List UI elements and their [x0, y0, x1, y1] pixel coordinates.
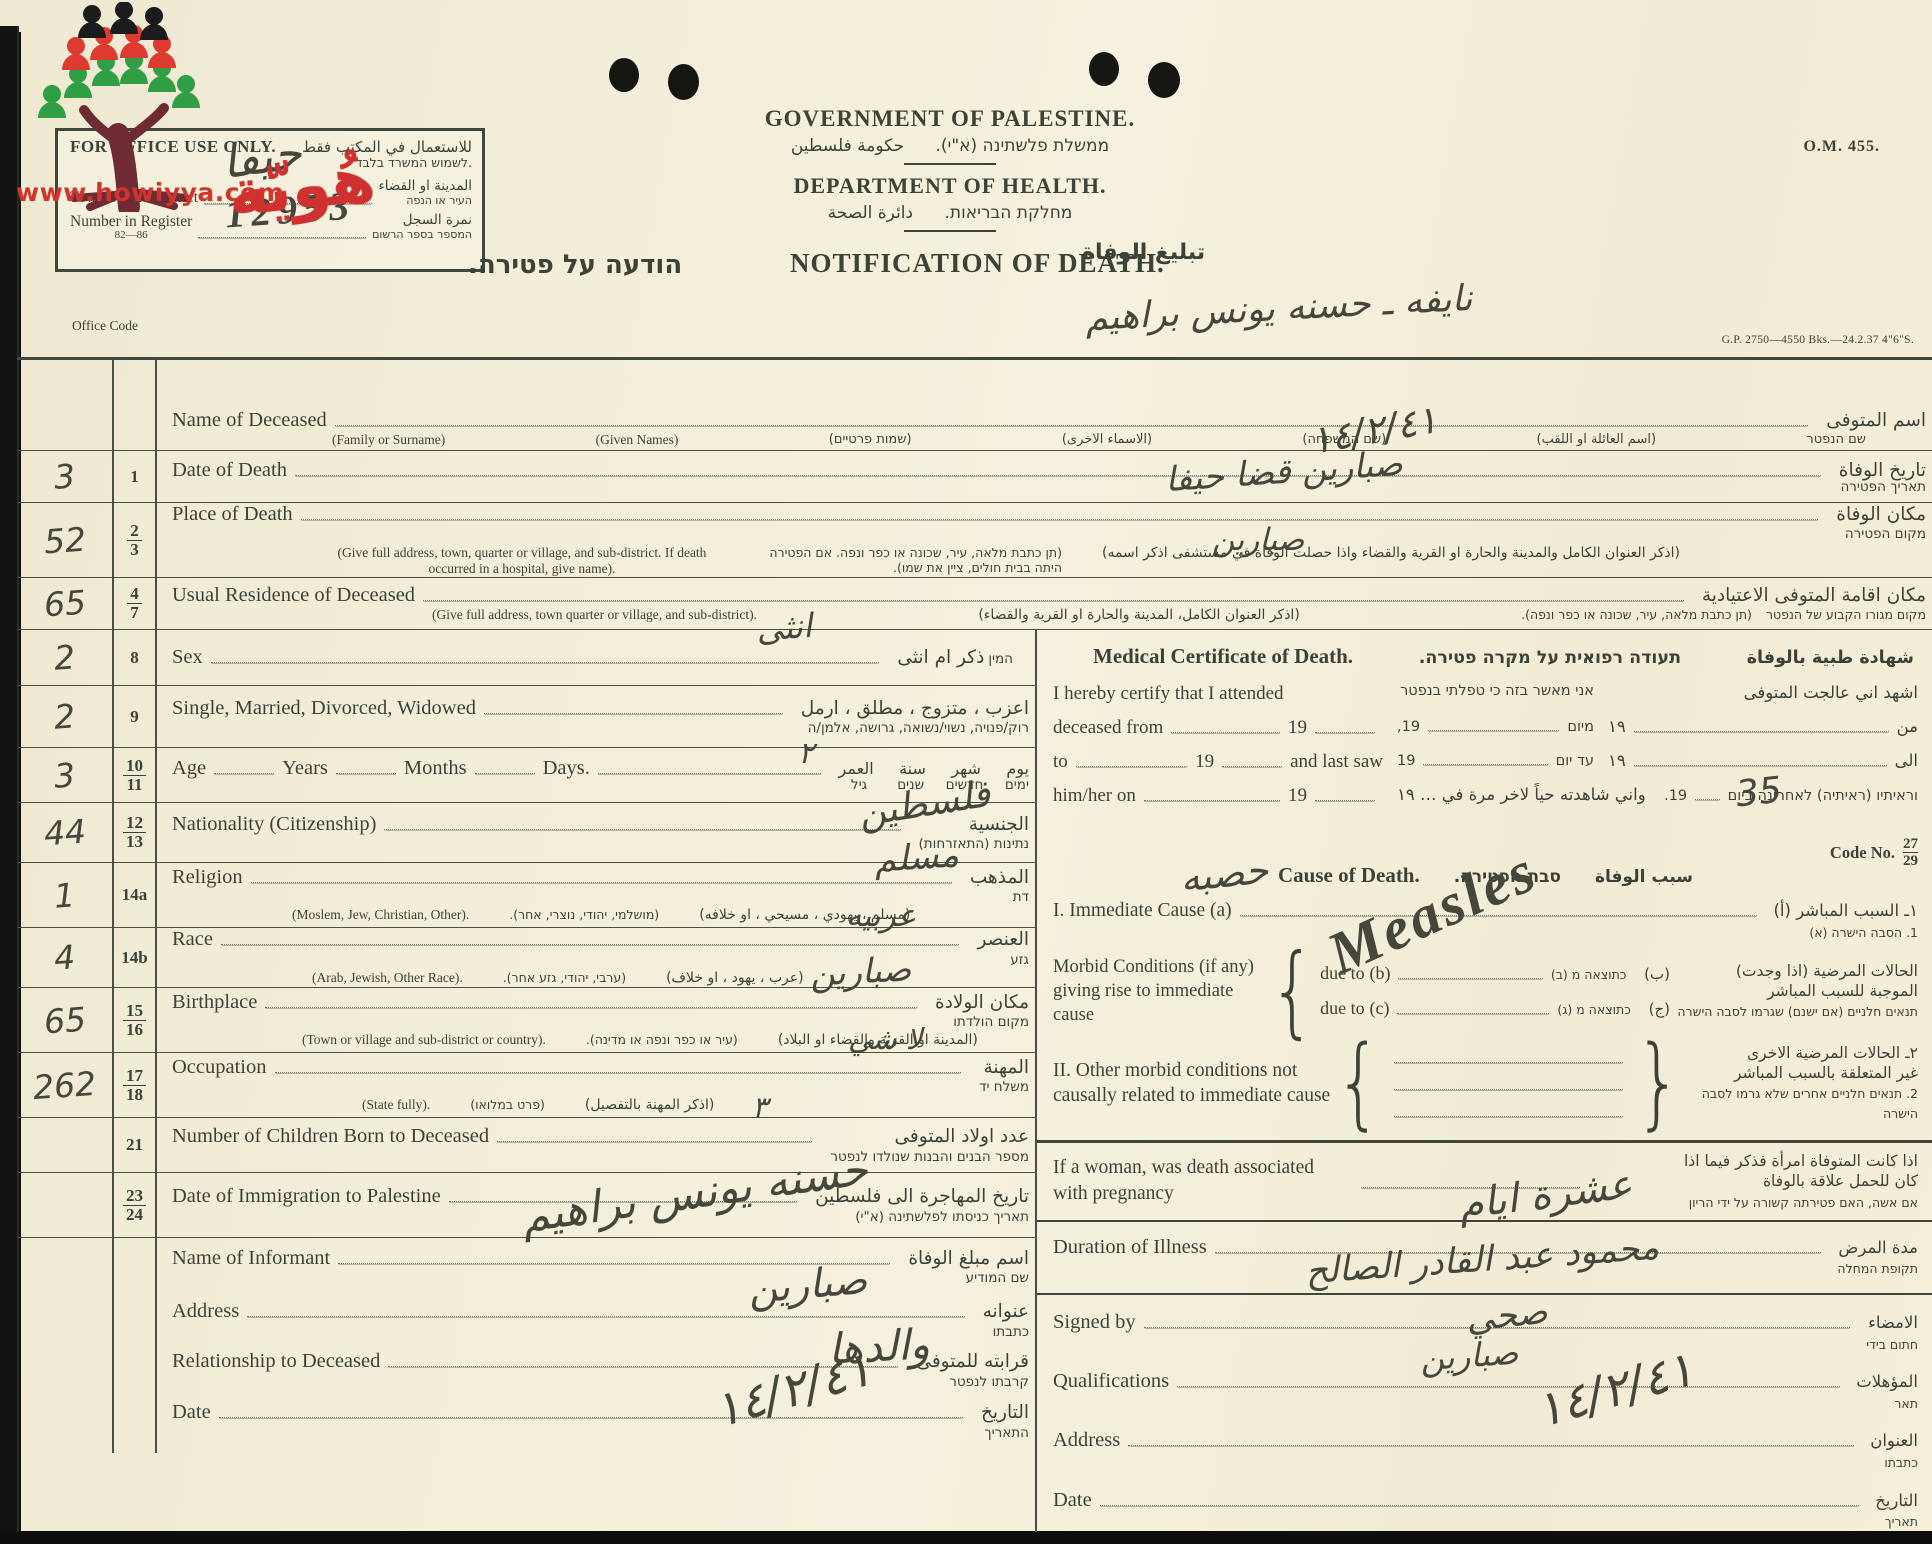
informant-name-he: שם המודיע	[908, 1270, 1029, 1286]
hw-birthplace: صبارين	[809, 949, 912, 994]
date-left-fill	[219, 1404, 963, 1418]
year: 19	[1288, 717, 1307, 739]
hw-doctor-address: صبارين	[1419, 1333, 1520, 1379]
register-label-ar: نمرة السجل	[372, 213, 472, 229]
row-number: 10	[126, 757, 143, 775]
office-code-value: 4	[53, 937, 77, 977]
section-divider	[1037, 1293, 1932, 1295]
left-brace: {	[1269, 933, 1316, 1049]
age-months-label: Months	[404, 757, 467, 780]
row-number: 17	[126, 1067, 143, 1085]
row-date-left: Date التاريخ התאריך	[17, 1395, 1035, 1447]
age-fill	[214, 760, 274, 774]
signed-ar: الامضاء	[1868, 1313, 1918, 1332]
residence-he: מקום מגורו הקבוע של הנפטר	[1766, 607, 1926, 622]
age-label: Age	[172, 757, 206, 780]
doctor-date-fill	[1100, 1492, 1859, 1506]
office-code-value: 1	[53, 875, 77, 915]
nationality-label: Nationality (Citizenship)	[172, 813, 376, 836]
caption-family: (Family or Surname)	[332, 432, 445, 448]
left-brace: {	[1335, 1025, 1382, 1141]
duration-ar: مدة المرض	[1838, 1238, 1918, 1257]
race-label: Race	[172, 928, 213, 951]
name-label-ar: اسم المتوفى	[1826, 410, 1926, 432]
place-fill	[301, 506, 1819, 520]
date-of-death-he: תאריך הפטירה	[1839, 481, 1926, 495]
medical-cert-title-he: תעודה רפואית על מקרה פטירה.	[1419, 648, 1681, 668]
code-no-label: Code No.	[1830, 843, 1895, 863]
caption-given-he: (שמות פרטיים)	[829, 432, 912, 448]
document-header: GOVERNMENT OF PALESTINE. حكومة فلسطين ממ…	[600, 106, 1300, 240]
residence-note-he: (תן כתבת מלאה, עיר, שכונה או כפר ונפה).	[1521, 607, 1752, 622]
occupation-note-he: (פרט במלואו)	[470, 1097, 545, 1112]
informant-name-label: Name of Informant	[172, 1247, 330, 1270]
row-number: 8	[130, 649, 139, 667]
office-code-value: 52	[42, 519, 87, 561]
header-divider	[904, 163, 996, 165]
place-note-he: (תן כתבת מלאה, עיר, שכונה או כפר ונפה. א…	[762, 545, 1062, 575]
code-no-top: 27	[1903, 837, 1918, 852]
caption-given-ar: (الاسماء الاخرى)	[1062, 432, 1152, 448]
certify-he: אני מאשר בזה כי טפלתי בנפטר	[1400, 683, 1594, 699]
row-number: 24	[123, 1205, 146, 1224]
name-label: Name of Deceased	[172, 409, 327, 432]
number-column-line	[155, 360, 157, 1453]
notification-title-ar: تبليغ الوفاة	[1082, 240, 1205, 265]
residence-ar: مكان اقامة المتوفى الاعتيادية	[1702, 585, 1926, 607]
relationship-ar: قرابته للمتوفى	[916, 1351, 1029, 1373]
row-occupation: 262 17 18 Occupation المهنة משלח יד	[17, 1053, 1035, 1118]
age-fill	[336, 760, 396, 774]
qualifications-fill	[1177, 1373, 1840, 1387]
informant-address-ar: عنوانه	[983, 1301, 1029, 1323]
row-number: 7	[127, 603, 142, 622]
name-label-he: שם הנפטר	[1806, 432, 1866, 448]
year-ar: ١٩	[1608, 717, 1626, 736]
row-usual-residence: 65 4 7 Usual Residence of Deceased مكان …	[17, 578, 1932, 630]
hw-children-count: ٣	[752, 1090, 768, 1124]
printer-note: G.P. 2750—4550 Bks.—24.2.37 4"6"S.	[1722, 334, 1914, 346]
to-en: to	[1053, 751, 1068, 773]
occupation-label: Occupation	[172, 1056, 267, 1079]
to-ar: الى	[1895, 751, 1918, 770]
punch-hole	[1148, 62, 1180, 98]
code-column-line	[112, 360, 114, 1453]
name-fill-line	[335, 412, 1808, 426]
left-column: 2 8 Sex ذكر ام انثى המין 2 9 Single, Mar…	[17, 630, 1035, 1532]
government-title-ar: حكومة فلسطين	[791, 136, 904, 156]
department-title-en: DEPARTMENT OF HEALTH.	[600, 173, 1300, 199]
race-he: גזע	[977, 952, 1029, 968]
immigration-he: תאריך כניסתו לפלשתינה (א"י)	[815, 1209, 1029, 1225]
race-note-ar: (عرب ، يهود ، او خلاف)	[666, 970, 803, 987]
row-name-of-deceased: Name of Deceased اسم المتوفى (Family or …	[17, 360, 1932, 451]
religion-note-en: (Moslem, Jew, Christian, Other).	[292, 907, 469, 923]
form-body: Name of Deceased اسم المتوفى (Family or …	[17, 357, 1932, 1463]
qualifications-he: תאר	[1894, 1396, 1918, 1411]
date-left-he: התאריך	[981, 1425, 1029, 1441]
fill	[1144, 787, 1280, 801]
department-title-ar: دائرة الصحة	[828, 203, 913, 223]
pregnancy-he: אם אשה, האם פטירתה קשורה על ידי הריון	[1689, 1195, 1918, 1210]
residence-fill	[423, 587, 1684, 601]
due-to-c: due to	[1320, 998, 1365, 1019]
hw-cause-arabic: حصبه	[1178, 848, 1270, 901]
informant-address-label: Address	[172, 1300, 239, 1323]
doctor-date-ar: التاريخ	[1875, 1491, 1918, 1510]
race-note-en: (Arab, Jewish, Other Race).	[312, 970, 463, 986]
qualifications-ar: المؤهلات	[1856, 1372, 1918, 1391]
pregnancy-en: If a woman, was death associated with pr…	[1053, 1157, 1314, 1204]
code-no-bottom: 29	[1903, 852, 1918, 869]
row-sex: 2 8 Sex ذكر ام انثى המין	[17, 630, 1035, 686]
duration-he: תקופת המחלה	[1837, 1261, 1918, 1276]
qualifications-label: Qualifications	[1053, 1370, 1169, 1393]
place-note-en: (Give full address, town, quarter or vil…	[322, 545, 722, 577]
fill	[1634, 752, 1887, 766]
immediate-cause-ar: ١ـ السبب المباشر (أ)	[1773, 901, 1918, 920]
year: 19	[1397, 753, 1415, 769]
b-he: כתוצאה מ (ב)	[1551, 967, 1627, 982]
age-fill	[598, 760, 821, 774]
occupation-note-ar: (اذكر المهنة بالتفصيل)	[585, 1097, 714, 1114]
medical-certificate-panel: Medical Certificate of Death. תעודה רפוא…	[1035, 630, 1932, 1532]
row-number: 1	[130, 468, 139, 486]
relationship-he: קרבתו לנפטר	[916, 1374, 1029, 1390]
date-of-death-label: Date of Death	[172, 459, 287, 482]
other-morbid-en: II. Other morbid conditions not causally…	[1053, 1058, 1331, 1109]
doctor-address-fill	[1128, 1432, 1854, 1446]
other-morbid-he: 2. תנאים חלניים אחרים שלא גרמו לסבה הישר…	[1702, 1086, 1918, 1121]
religion-fill	[251, 869, 952, 883]
row-children: 21 Number of Children Born to Deceased ع…	[17, 1118, 1035, 1173]
fill	[1428, 717, 1559, 731]
residence-note-ar: (اذكر العنوان الكامل، المدينة والحارة او…	[797, 607, 1481, 624]
doctor-date-label: Date	[1053, 1489, 1092, 1512]
row-marital-status: 2 9 Single, Married, Divorced, Widowed ا…	[17, 686, 1035, 748]
form-reference-number: O.M. 455.	[1803, 138, 1880, 156]
hw-religion: مسلم	[873, 835, 960, 881]
b-ar: (ب)	[1644, 965, 1670, 984]
marital-label: Single, Married, Divorced, Widowed	[172, 697, 476, 720]
scan-edge-bottom	[0, 1531, 1932, 1544]
year-ar: ١٩	[1397, 785, 1415, 804]
hw-residence: صبارين	[1212, 522, 1304, 558]
office-code-value: 3	[53, 456, 77, 496]
informant-address-fill	[247, 1303, 964, 1317]
fill	[1171, 719, 1280, 733]
occupation-note-en: (State fully).	[362, 1097, 430, 1113]
saw-ar: واني شاهدته حياً لاخر مرة في	[1442, 785, 1646, 804]
duration-label: Duration of Illness	[1053, 1236, 1207, 1259]
hw-age-years: ٢	[798, 736, 814, 771]
certify-en: I hereby certify that I attended	[1053, 683, 1284, 705]
notification-title-he: הודעה על פטירה.	[468, 250, 682, 280]
date-of-death-fill	[295, 462, 1821, 476]
birthplace-note-he: (עיר או כפר ונפה או מדינה).	[586, 1032, 738, 1047]
fill	[1315, 787, 1375, 801]
fill	[1076, 753, 1187, 767]
other-morbid-ar2: غير المتعلقة بالسبب المباشر	[1734, 1064, 1918, 1082]
to-he: עד יום	[1556, 753, 1594, 769]
row-number: 14a	[122, 886, 148, 904]
fill	[1394, 1076, 1623, 1090]
sex-he: המין	[988, 651, 1013, 667]
fill	[1222, 753, 1282, 767]
office-code-value: 262	[32, 1063, 98, 1106]
immediate-cause-he: 1. הסבה הישרה (א)	[1809, 925, 1918, 940]
office-code-value: 2	[53, 637, 77, 677]
morbid-he: תנאים חלניים (אם ישנם) שגרמו לסבה הישרה	[1677, 1004, 1918, 1019]
row-informant-name: Name of Informant اسم مبلغ الوفاة שם המו…	[17, 1238, 1035, 1295]
row-number: 11	[123, 775, 145, 794]
from-ar: من	[1897, 717, 1918, 736]
marital-ar: اعزب ، متزوج ، مطلق ، ارمل	[801, 698, 1029, 720]
age-days-label: Days.	[543, 757, 590, 780]
pregnancy-ar2: كان للحمل علاقة بالوفاة	[1763, 1172, 1918, 1190]
doctor-address-ar: العنوان	[1870, 1431, 1918, 1450]
religion-he: דת	[970, 889, 1029, 905]
town-label-ar: المدينة او القضاء	[378, 179, 472, 195]
government-title-he: ממשלת פלשתינה (א"י).	[936, 136, 1110, 156]
punch-hole	[668, 64, 699, 100]
department-title-he: מחלקת הבריאות.	[945, 203, 1073, 223]
children-label: Number of Children Born to Deceased	[172, 1125, 489, 1148]
children-fill	[497, 1128, 812, 1142]
morbid-ar1: الحالات المرضية (اذا وجدت)	[1736, 962, 1918, 980]
row-place-of-death: 52 2 3 Place of Death مكان الوفاة מקום ה…	[17, 503, 1932, 578]
age-years-label: Years	[282, 757, 328, 780]
doctor-date-he: תאריך	[1885, 1514, 1918, 1529]
fill	[1315, 719, 1375, 733]
medical-cert-title-en: Medical Certificate of Death.	[1093, 644, 1353, 669]
fill	[1394, 1049, 1623, 1063]
other-morbid-ar1: ٢ـ الحالات المرضية الاخرى	[1747, 1044, 1918, 1062]
year: 19	[1288, 785, 1307, 807]
year: 19	[1669, 788, 1687, 804]
place-of-death-ar: مكان الوفاة	[1836, 504, 1926, 526]
fill	[1397, 1000, 1549, 1014]
marital-he: רוק/פנויה, נשוי/נשואה, גרושה, אלמן/ה	[801, 720, 1029, 736]
sex-label: Sex	[172, 646, 203, 669]
year-ar: ١٩	[1608, 751, 1626, 770]
pregnancy-ar1: اذا كانت المتوفاة امرأة فذكر فيما اذا	[1684, 1152, 1918, 1170]
other-morbid-block: II. Other morbid conditions not causally…	[1053, 1036, 1918, 1130]
hw-deceased-name: نايفه ـ حسنه يونس براهيم	[1084, 278, 1473, 339]
occupation-he: משלח יד	[979, 1079, 1029, 1095]
residence-label: Usual Residence of Deceased	[172, 584, 415, 607]
occupation-ar: المهنة	[979, 1057, 1029, 1079]
certify-ar: اشهد اني عالجت المتوفى	[1744, 683, 1918, 702]
hw-code-35: 35	[1734, 770, 1784, 816]
doctor-address-label: Address	[1053, 1429, 1120, 1452]
sex-fill	[211, 649, 880, 663]
c-ar: (ج)	[1649, 1000, 1670, 1019]
fill	[1695, 786, 1720, 800]
town-label-he: העיר או הנפה	[378, 195, 472, 208]
residence-note-en: (Give full address, town quarter or vill…	[432, 607, 757, 623]
row-number: 21	[126, 1136, 143, 1154]
religion-note-he: (מושלמי, יהודי, נוצרי, אחר).	[509, 907, 659, 922]
cause-title-en: Cause of Death.	[1278, 863, 1420, 888]
marital-fill	[484, 700, 783, 714]
row-number: 23	[126, 1187, 143, 1205]
race-note-he: (ערבי, יהודי, גזע אחר).	[503, 970, 626, 985]
age-ar-units: يوم شهر سنة العمر	[839, 760, 1029, 778]
immediate-cause-en: I. Immediate Cause (a)	[1053, 900, 1232, 922]
doctor-address-he: כתבתו	[1884, 1455, 1918, 1470]
section-divider	[1037, 1140, 1932, 1143]
birthplace-he: מקום הולדתו	[935, 1014, 1029, 1030]
date-of-death-ar: تاريخ الوفاة	[1839, 462, 1926, 481]
right-brace: }	[1635, 1025, 1682, 1141]
row-number: 9	[130, 708, 139, 726]
age-fill	[475, 760, 535, 774]
register-number-sub: 82—86	[70, 229, 192, 241]
row-number: 14b	[121, 949, 147, 967]
birthplace-label: Birthplace	[172, 991, 257, 1014]
caption-given: (Given Names)	[596, 432, 679, 448]
register-number-label: Number in Register	[70, 213, 192, 230]
fill	[1394, 1103, 1623, 1117]
office-code-value: 65	[42, 999, 87, 1041]
c-he: כתוצאה מ (ג)	[1557, 1002, 1631, 1017]
office-code-column-label: Office Code	[70, 318, 140, 335]
hw-occupation: لا شي	[848, 1022, 922, 1056]
morbid-en: Morbid Conditions (if any) giving rise t…	[1053, 955, 1265, 1027]
year: 19	[1195, 751, 1214, 773]
religion-label: Religion	[172, 866, 243, 889]
from-he: מיום	[1567, 719, 1594, 735]
office-code-value: 2	[53, 696, 77, 736]
cause-title-ar: سبب الوفاة	[1595, 867, 1693, 887]
row-number: 15	[126, 1002, 143, 1020]
header-divider	[904, 230, 996, 232]
row-number: 12	[126, 814, 143, 832]
row-number: 18	[123, 1085, 146, 1104]
race-ar: العنصر	[977, 929, 1029, 951]
saw-en: him/her on	[1053, 785, 1136, 807]
punch-hole	[609, 58, 639, 92]
hw-race: عربيه	[846, 898, 916, 934]
watermark-url: www.howiyya.com	[16, 178, 284, 207]
medical-cert-title-ar: شهادة طبية بالوفاة	[1747, 648, 1914, 668]
c: (c)	[1369, 998, 1389, 1019]
morbid-ar2: الموجبة للسبب المباشر	[1767, 982, 1918, 1000]
fill	[1423, 751, 1547, 765]
office-code-value: 65	[42, 583, 87, 625]
fill	[1634, 718, 1889, 732]
place-of-death-label: Place of Death	[172, 503, 293, 526]
hw-sex: انثى	[754, 606, 813, 650]
row-number: 2	[130, 522, 139, 540]
occupation-fill	[275, 1059, 962, 1073]
row-number: 3	[127, 540, 142, 559]
date-left-ar: التاريخ	[981, 1402, 1029, 1424]
punch-hole	[1089, 52, 1119, 86]
signed-he: חתום בידי	[1866, 1337, 1918, 1352]
informant-name-ar: اسم مبلغ الوفاة	[908, 1248, 1029, 1270]
death-notification-document: هُويّة www.howiyya.com FOR OFFICE USE ON…	[0, 0, 1932, 1544]
government-title-en: GOVERNMENT OF PALESTINE.	[600, 106, 1300, 132]
office-code-value: 3	[53, 755, 77, 795]
year: 19	[1402, 719, 1420, 735]
row-number: 16	[123, 1020, 146, 1039]
row-number: 4	[130, 585, 139, 603]
signed-by-label: Signed by	[1053, 1311, 1136, 1334]
nationality-fill	[384, 816, 900, 830]
religion-ar: المذهب	[970, 867, 1029, 889]
row-number: 13	[123, 832, 146, 851]
from-en: deceased from	[1053, 717, 1163, 739]
office-code-value: 44	[42, 812, 87, 854]
caption-family-ar: (اسم العائلة او اللقب)	[1537, 432, 1657, 448]
relationship-label: Relationship to Deceased	[172, 1350, 380, 1373]
last-saw-en: and last saw	[1290, 751, 1383, 773]
place-of-death-he: מקום הפטירה	[1836, 526, 1926, 542]
date-left-label: Date	[172, 1401, 211, 1424]
birthplace-note-en: (Town or village and sub-district or cou…	[302, 1032, 546, 1048]
sex-ar: ذكر ام انثى	[897, 647, 984, 668]
register-label-he: המספר בספר הרשום	[372, 229, 472, 242]
morbid-conditions-block: Morbid Conditions (if any) giving rise t…	[1053, 948, 1918, 1034]
immigration-label: Date of Immigration to Palestine	[172, 1185, 441, 1208]
birthplace-ar: مكان الولادة	[935, 992, 1029, 1014]
scan-edge-left	[0, 26, 17, 1544]
birthplace-fill	[265, 994, 917, 1008]
row-date-of-death: 3 1 Date of Death تاريخ الوفاة תאריך הפט…	[17, 451, 1932, 503]
informant-address-he: כתבתו	[983, 1324, 1029, 1340]
fill	[1398, 965, 1542, 979]
